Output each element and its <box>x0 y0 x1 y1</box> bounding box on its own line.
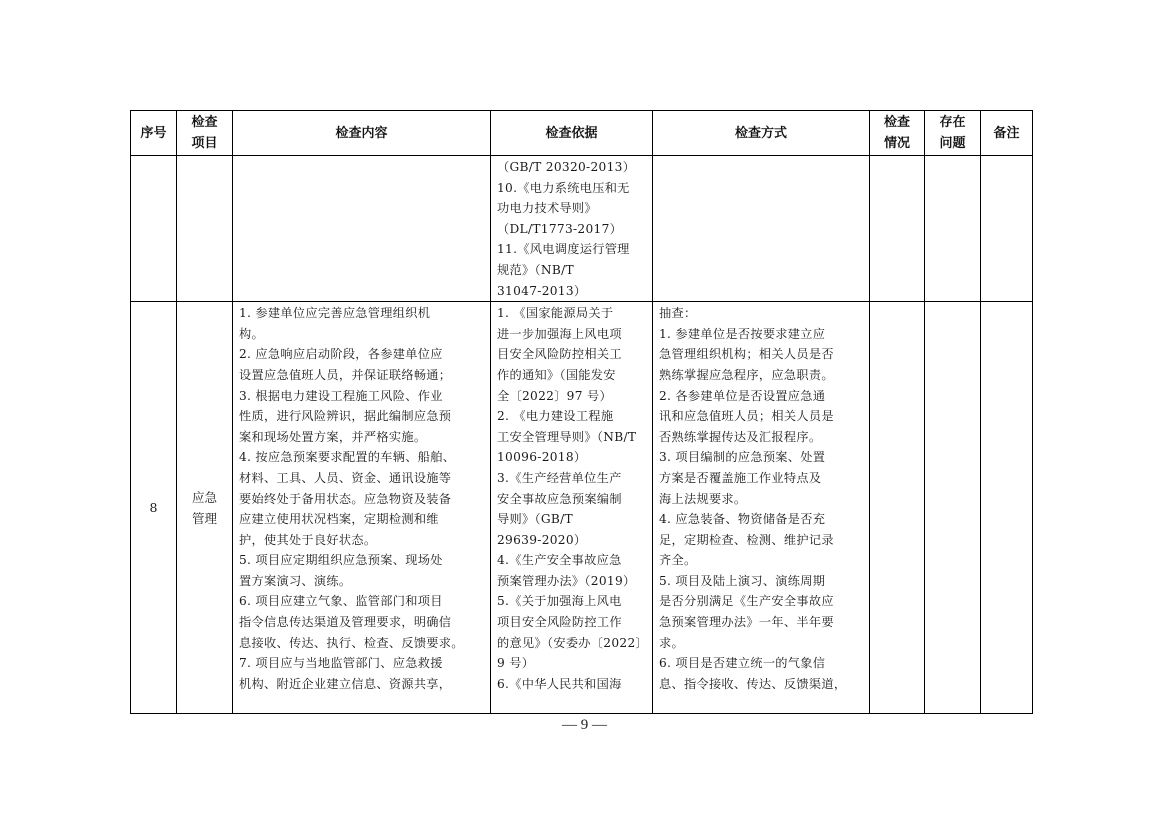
text-line: 7. 项目应与当地监管部门、应急救援 <box>239 653 486 674</box>
text-line: 3. 根据电力建设工程施工风险、作业 <box>239 386 486 407</box>
text-line: 9 号） <box>497 653 648 674</box>
text-line: 构。 <box>239 324 486 345</box>
text-line: 急管理组织机构；相关人员是否 <box>659 344 865 365</box>
text-line: 设置应急值班人员，并保证联络畅通； <box>239 365 486 386</box>
cell-status[interactable] <box>870 302 925 714</box>
text-line: 机构、附近企业建立信息、资源共享， <box>239 674 486 695</box>
text-line: 作的通知》（国能发安 <box>497 365 648 386</box>
text-line: 5. 项目应定期组织应急预案、现场处 <box>239 550 486 571</box>
text-line: 4.《生产安全事故应急 <box>497 550 648 571</box>
text-line: 2. 《电力建设工程施 <box>497 406 648 427</box>
text-line: 29639-2020） <box>497 530 648 551</box>
text-line: 2. 应急响应启动阶段，各参建单位应 <box>239 344 486 365</box>
text-line: 1. 《国家能源局关于 <box>497 303 648 324</box>
text-line: 备注 <box>981 123 1032 144</box>
text-line: 4. 应急装备、物资储备是否充 <box>659 509 865 530</box>
text-line: 息、指令接收、传达、反馈渠道， <box>659 674 865 695</box>
cell-seq: 8 <box>131 302 177 714</box>
table-row: （GB/T 20320-2013）10.《电力系统电压和无功电力技术导则》（DL… <box>131 156 1033 302</box>
text-line: 2. 各参建单位是否设置应急通 <box>659 386 865 407</box>
text-line: 熟练掌握应急程序，应急职责。 <box>659 365 865 386</box>
cell-basis: （GB/T 20320-2013）10.《电力系统电压和无功电力技术导则》（DL… <box>491 156 653 302</box>
text-line: 导则》（GB/T <box>497 509 648 530</box>
header-seq: 序号 <box>131 111 177 156</box>
text-line: 3. 项目编制的应急预案、处置 <box>659 447 865 468</box>
cell-issues[interactable] <box>925 302 981 714</box>
header-basis: 检查依据 <box>491 111 653 156</box>
cell-basis: 1. 《国家能源局关于进一步加强海上风电项目安全风险防控相关工作的通知》（国能发… <box>491 302 653 714</box>
header-method: 检查方式 <box>653 111 870 156</box>
text-line: 讯和应急值班人员；相关人员是 <box>659 406 865 427</box>
text-line: 求。 <box>659 633 865 654</box>
text-line: 管理 <box>177 508 232 529</box>
text-line: 的意见》（安委办〔2022〕 <box>497 633 648 654</box>
cell-method: 抽查：1. 参建单位是否按要求建立应急管理组织机构；相关人员是否熟练掌握应急程序… <box>653 302 870 714</box>
header-issues: 存在问题 <box>925 111 981 156</box>
text-line: 6.《中华人民共和国海 <box>497 674 648 695</box>
text-line: 检查 <box>177 112 232 133</box>
text-line: 功电力技术导则》 <box>497 198 648 219</box>
page-number: — 9 — <box>0 717 1169 734</box>
text-line: 要始终处于备用状态。应急物资及装备 <box>239 489 486 510</box>
header-content: 检查内容 <box>233 111 491 156</box>
text-line: 检查内容 <box>233 123 490 144</box>
text-line: 材料、工具、人员、资金、通讯设施等 <box>239 468 486 489</box>
text-line: 息接收、传达、执行、检查、反馈要求。 <box>239 633 486 654</box>
header-item: 检查项目 <box>177 111 233 156</box>
cell-content: 1. 参建单位应完善应急管理组织机构。2. 应急响应启动阶段，各参建单位应设置应… <box>233 302 491 714</box>
text-line: 预案管理办法》（2019） <box>497 571 648 592</box>
text-line: 序号 <box>131 123 176 144</box>
text-line: 10.《电力系统电压和无 <box>497 178 648 199</box>
table-row: 8 应急管理 1. 参建单位应完善应急管理组织机构。2. 应急响应启动阶段，各参… <box>131 302 1033 714</box>
text-line: 3.《生产经营单位生产 <box>497 468 648 489</box>
text-line: 性质，进行风险辨识，据此编制应急预 <box>239 406 486 427</box>
cell-issues[interactable] <box>925 156 981 302</box>
text-line: 目安全风险防控相关工 <box>497 344 648 365</box>
text-line: 6. 项目是否建立统一的气象信 <box>659 653 865 674</box>
text-line: 是否分别满足《生产安全事故应 <box>659 591 865 612</box>
text-line: 案和现场处置方案，并严格实施。 <box>239 427 486 448</box>
text-line: 10096-2018） <box>497 447 648 468</box>
text-line: 指令信息传达渠道及管理要求，明确信 <box>239 612 486 633</box>
text-line: 足，定期检查、检测、维护记录 <box>659 530 865 551</box>
text-line: 否熟练掌握传达及汇报程序。 <box>659 427 865 448</box>
text-line: 方案是否覆盖施工作业特点及 <box>659 468 865 489</box>
text-line: 抽查： <box>659 303 865 324</box>
text-line: 5.《关于加强海上风电 <box>497 591 648 612</box>
text-line: 安全事故应急预案编制 <box>497 489 648 510</box>
text-line: 5. 项目及陆上演习、演练周期 <box>659 571 865 592</box>
cell-item <box>177 156 233 302</box>
text-line: 护，使其处于良好状态。 <box>239 530 486 551</box>
text-line: 齐全。 <box>659 550 865 571</box>
cell-remarks[interactable] <box>981 302 1033 714</box>
text-line: 全〔2022〕97 号） <box>497 386 648 407</box>
text-line: 11.《风电调度运行管理 <box>497 239 648 260</box>
text-line: 置方案演习、演练。 <box>239 571 486 592</box>
text-line: 31047-2013） <box>497 281 648 302</box>
inspection-table: 序号 检查项目 检查内容 检查依据 检查方式 检查情况 存在问题 备注 （GB/… <box>130 110 1033 714</box>
text-line: 情况 <box>870 133 924 154</box>
text-line: 问题 <box>925 133 980 154</box>
header-row: 序号 检查项目 检查内容 检查依据 检查方式 检查情况 存在问题 备注 <box>131 111 1033 156</box>
text-line: 检查方式 <box>653 123 869 144</box>
text-line: 6. 项目应建立气象、监管部门和项目 <box>239 591 486 612</box>
text-line: （DL/T1773-2017） <box>497 219 648 240</box>
text-line: 存在 <box>925 112 980 133</box>
header-status: 检查情况 <box>870 111 925 156</box>
text-line: 应建立使用状况档案，定期检测和维 <box>239 509 486 530</box>
cell-status[interactable] <box>870 156 925 302</box>
text-line: 海上法规要求。 <box>659 489 865 510</box>
text-line: 4. 按应急预案要求配置的车辆、船舶、 <box>239 447 486 468</box>
cell-remarks[interactable] <box>981 156 1033 302</box>
text-line: 1. 参建单位是否按要求建立应 <box>659 324 865 345</box>
text-line: 项目 <box>177 133 232 154</box>
text-line: 规范》（NB/T <box>497 260 648 281</box>
cell-item: 应急管理 <box>177 302 233 714</box>
text-line: （GB/T 20320-2013） <box>497 157 648 178</box>
text-line: 检查 <box>870 112 924 133</box>
cell-method <box>653 156 870 302</box>
text-line: 工安全管理导则》（NB/T <box>497 427 648 448</box>
text-line: 进一步加强海上风电项 <box>497 324 648 345</box>
text-line: 项目安全风险防控工作 <box>497 612 648 633</box>
header-remarks: 备注 <box>981 111 1033 156</box>
cell-seq <box>131 156 177 302</box>
text-line: 检查依据 <box>491 123 652 144</box>
text-line: 1. 参建单位应完善应急管理组织机 <box>239 303 486 324</box>
cell-content <box>233 156 491 302</box>
text-line: 应急 <box>177 487 232 508</box>
text-line: 急预案管理办法》一年、半年要 <box>659 612 865 633</box>
